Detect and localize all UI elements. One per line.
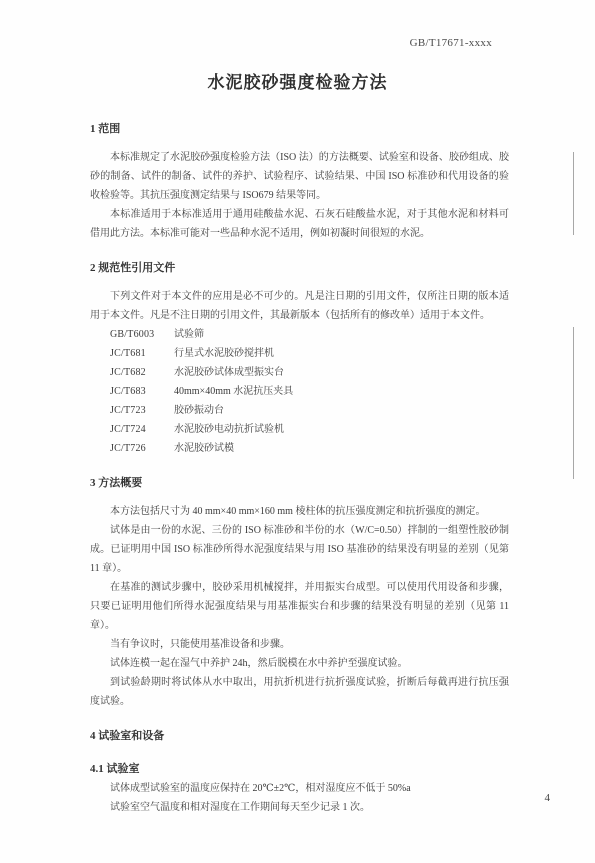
paragraph: 在基准的测试步骤中，胶砂采用机械搅拌，并用振实台成型。可以使用代用设备和步骤，只… xyxy=(90,578,509,635)
reference-title: 水泥胶砂试体成型振实台 xyxy=(174,367,284,378)
paragraph: 到试验龄期时将试体从水中取出，用抗折机进行抗折强度试验，折断后每截再进行抗压强度… xyxy=(90,673,509,711)
document-page: GB/T17671-xxxx 水泥胶砂强度检验方法 1 范围 本标准规定了水泥胶… xyxy=(0,0,595,863)
reference-title: 试验筛 xyxy=(174,329,204,340)
paragraph: 下列文件对于本文件的应用是必不可少的。凡是注日期的引用文件，仅所注日期的版本适用… xyxy=(90,287,509,325)
reference-code: JC/T683 xyxy=(110,382,174,401)
reference-code: JC/T724 xyxy=(110,420,174,439)
paragraph: 试体成型试验室的温度应保持在 20℃±2℃，相对湿度应不低于 50%a xyxy=(90,779,509,798)
page-number: 4 xyxy=(545,792,551,804)
paragraph: 试验室空气温度和相对湿度在工作期间每天至少记录 1 次。 xyxy=(90,798,509,817)
reference-code: GB/T6003 xyxy=(110,325,174,344)
reference-title: 行星式水泥胶砂搅拌机 xyxy=(174,348,274,359)
paragraph: 试体连模一起在湿气中养护 24h，然后脱模在水中养护至强度试验。 xyxy=(90,654,509,673)
reference-item: JC/T726水泥胶砂试模 xyxy=(90,439,509,458)
reference-item: JC/T681行星式水泥胶砂搅拌机 xyxy=(90,344,509,363)
section-heading-references: 2 规范性引用文件 xyxy=(90,259,509,278)
section-heading-scope: 1 范围 xyxy=(90,120,509,139)
reference-item: JC/T682水泥胶砂试体成型振实台 xyxy=(90,363,509,382)
section-heading-summary: 3 方法概要 xyxy=(90,474,509,493)
page-title: 水泥胶砂强度检验方法 xyxy=(0,0,595,93)
reference-item: GB/T6003试验筛 xyxy=(90,325,509,344)
paragraph: 本标准适用于本标准适用于通用硅酸盐水泥、石灰石硅酸盐水泥，对于其他水泥和材料可借… xyxy=(90,205,509,243)
doc-number: GB/T17671-xxxx xyxy=(410,37,492,49)
paragraph: 当有争议时，只能使用基准设备和步骤。 xyxy=(90,635,509,654)
paragraph: 本方法包括尺寸为 40 mm×40 mm×160 mm 棱柱体的抗压强度测定和抗… xyxy=(90,502,509,521)
subsection-heading-lab-room: 4.1 试验室 xyxy=(90,760,509,779)
reference-title: 水泥胶砂电动抗折试验机 xyxy=(174,424,284,435)
section-heading-lab: 4 试验室和设备 xyxy=(90,727,509,746)
reference-title: 胶砂振动台 xyxy=(174,405,224,416)
reference-item: JC/T724水泥胶砂电动抗折试验机 xyxy=(90,420,509,439)
document-body: 1 范围 本标准规定了水泥胶砂强度检验方法（ISO 法）的方法概要、试验室和设备… xyxy=(90,120,509,817)
reference-item: JC/T68340mm×40mm 水泥抗压夹具 xyxy=(90,382,509,401)
paragraph: 试体是由一份的水泥、三份的 ISO 标准砂和半份的水（W/C=0.50）拌制的一… xyxy=(90,521,509,578)
reference-list: GB/T6003试验筛 JC/T681行星式水泥胶砂搅拌机 JC/T682水泥胶… xyxy=(90,325,509,458)
reference-code: JC/T726 xyxy=(110,439,174,458)
scan-artifact-line xyxy=(573,152,574,235)
reference-title: 40mm×40mm 水泥抗压夹具 xyxy=(174,386,293,397)
reference-title: 水泥胶砂试模 xyxy=(174,443,234,454)
reference-code: JC/T681 xyxy=(110,344,174,363)
scan-artifact-line xyxy=(573,327,574,479)
paragraph: 本标准规定了水泥胶砂强度检验方法（ISO 法）的方法概要、试验室和设备、胶砂组成… xyxy=(90,148,509,205)
reference-code: JC/T682 xyxy=(110,363,174,382)
reference-code: JC/T723 xyxy=(110,401,174,420)
reference-item: JC/T723胶砂振动台 xyxy=(90,401,509,420)
